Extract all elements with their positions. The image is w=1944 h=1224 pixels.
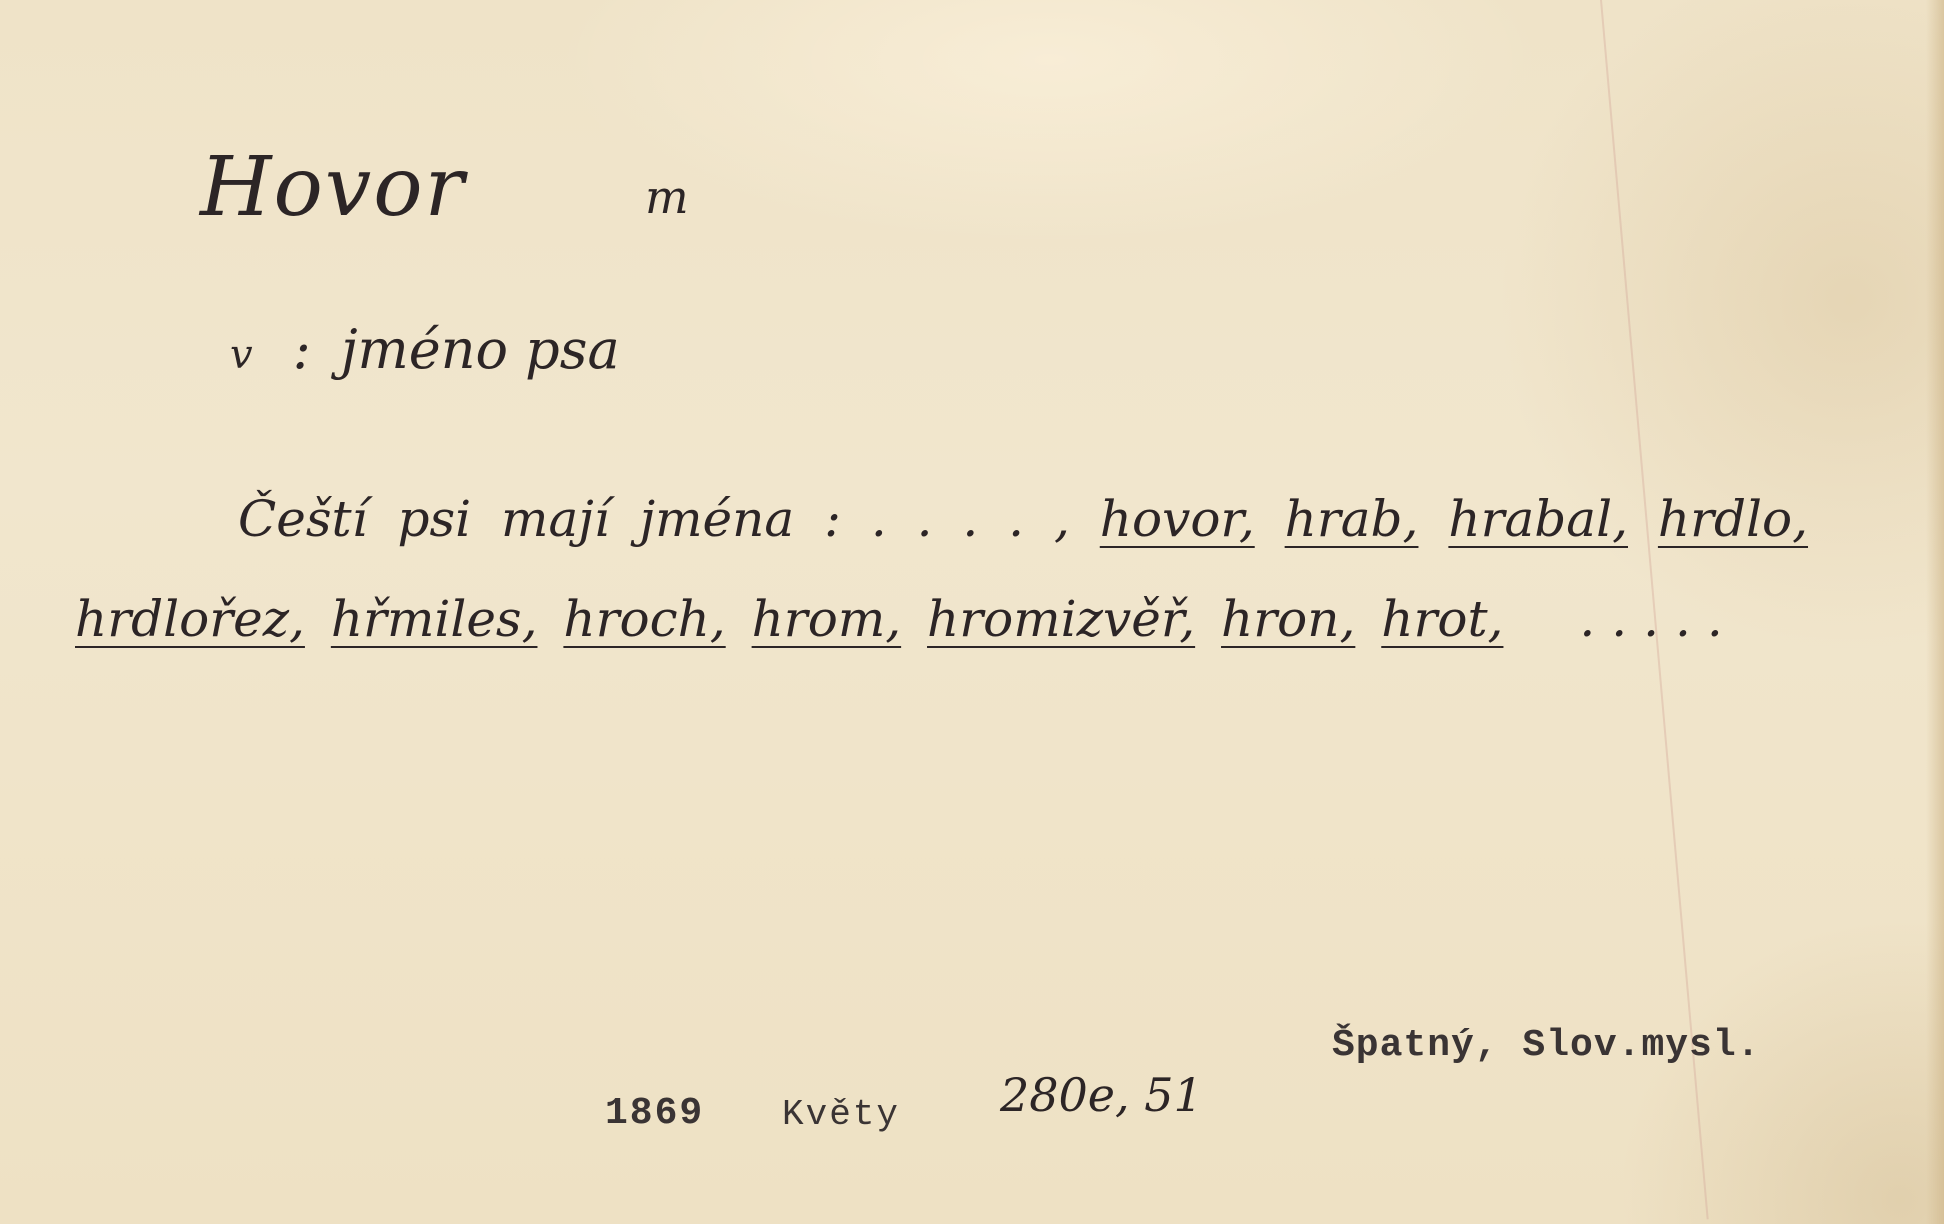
headword: Hovor	[200, 140, 466, 235]
citation-colon-ellipsis: : . . . . ,	[824, 490, 1070, 548]
source-page: 280e, 51	[1000, 1068, 1203, 1122]
definition-row: v:jméno psa	[230, 318, 620, 381]
paper-edge-shadow	[1926, 0, 1944, 1224]
source-author: Špatný, Slov.mysl.	[1332, 1024, 1760, 1067]
dog-name: hrabal,	[1448, 490, 1628, 548]
grammatical-gender: m	[645, 170, 689, 224]
dog-name: hovor,	[1100, 490, 1255, 548]
citation-line-2: hrdlořez, hřmiles, hroch, hrom, hromizvě…	[75, 590, 1739, 648]
citation-line-1: Čeští psi mají jména : . . . . , hovor, …	[238, 490, 1808, 548]
dog-name: hrot,	[1381, 590, 1503, 648]
source-year: 1869	[605, 1092, 704, 1135]
dog-name: hron,	[1221, 590, 1355, 648]
dog-name: hřmiles,	[331, 590, 538, 648]
definition-colon: :	[293, 318, 311, 381]
citation-intro: Čeští psi mají jména	[238, 490, 794, 548]
dog-name: hrab,	[1285, 490, 1419, 548]
dog-name: hroch,	[563, 590, 725, 648]
definition-text: jméno psa	[341, 318, 620, 381]
trailing-ellipsis: .....	[1579, 590, 1738, 648]
source-journal: Květy	[782, 1094, 900, 1135]
dog-name: hrdlo,	[1658, 490, 1808, 548]
dog-name: hromizvěř,	[927, 590, 1195, 648]
dog-name: hrdlořez,	[75, 590, 305, 648]
dog-name: hrom,	[752, 590, 902, 648]
definition-marker: v	[230, 332, 253, 378]
dictionary-card: Hovor m v:jméno psa Čeští psi mají jména…	[0, 0, 1944, 1224]
